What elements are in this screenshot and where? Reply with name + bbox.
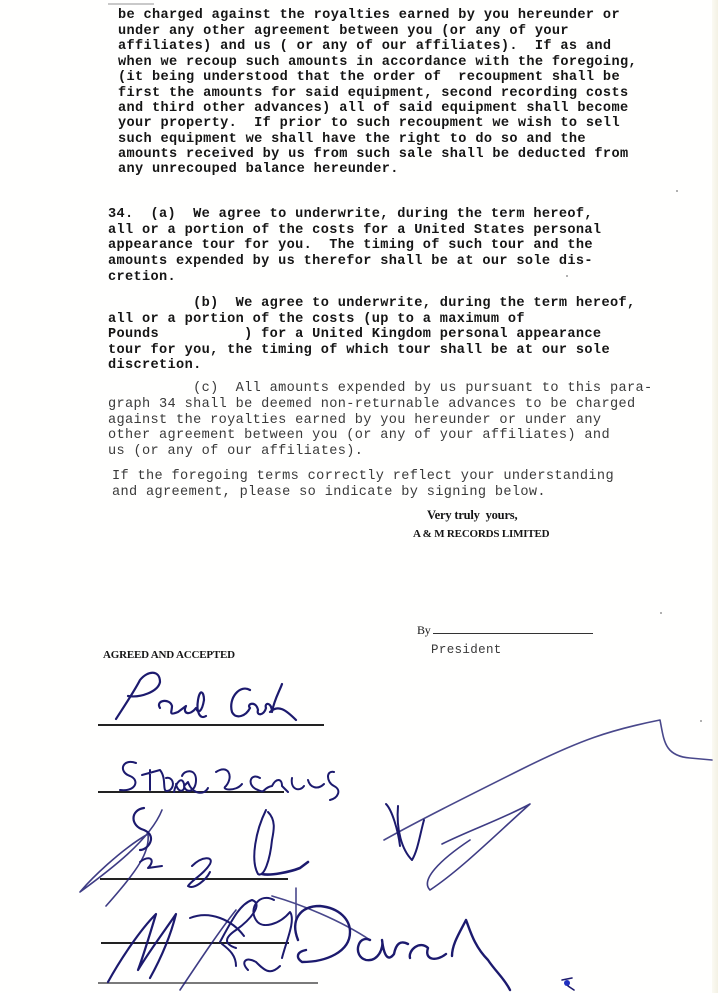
valediction: Very truly yours,: [427, 508, 517, 523]
scan-speck: [660, 612, 662, 614]
text-line: when we recoup such amounts in accordanc…: [118, 55, 637, 71]
text-line: us (or any of our affiliates).: [108, 444, 363, 460]
text-line: your property. If prior to such recoupme…: [118, 116, 620, 132]
by-title: President: [431, 643, 502, 659]
by-signature-line: [433, 633, 593, 634]
text-line: If the foregoing terms correctly reflect…: [112, 469, 614, 485]
text-line: graph 34 shall be deemed non-returnable …: [108, 397, 635, 413]
signature-line-4: [101, 942, 289, 944]
signature-stephen-jones: [120, 762, 338, 800]
text-line: and agreement, please so indicate by sig…: [112, 485, 546, 501]
text-line: under any other agreement between you (o…: [118, 24, 569, 40]
text-line: (b) We agree to underwrite, during the t…: [108, 296, 635, 312]
signature-paul-cook: [116, 673, 296, 720]
signature-line-3: [100, 878, 288, 880]
signature-line-2: [98, 791, 284, 793]
text-line: be charged against the royalties earned …: [118, 8, 620, 24]
text-line: affiliates) and us ( or any of our affil…: [118, 39, 611, 55]
signature-line-1: [98, 724, 324, 726]
signature-line-5: [98, 982, 318, 984]
scan-speck: [700, 720, 702, 722]
text-line: first the amounts for said equipment, se…: [118, 86, 628, 102]
text-line: against the royalties earned by you here…: [108, 413, 601, 429]
text-line: any unrecouped balance hereunder.: [118, 162, 399, 178]
text-line: 34. (a) We agree to underwrite, during t…: [108, 207, 593, 223]
text-line: tour for you, the timing of which tour s…: [108, 343, 610, 359]
text-line: such equipment we shall have the right t…: [118, 132, 586, 148]
agreed-accepted-label: AGREED AND ACCEPTED: [103, 649, 235, 661]
scan-speck: [566, 275, 568, 277]
text-line: (it being understood that the order of r…: [118, 70, 620, 86]
text-line: Pounds ) for a United Kingdom personal a…: [108, 327, 601, 343]
text-line: appearance tour for you. The timing of s…: [108, 238, 593, 254]
scan-speck: [676, 190, 678, 192]
text-line: (c) All amounts expended by us pursuant …: [108, 381, 652, 397]
by-label: By: [417, 623, 431, 638]
company-name: A & M RECORDS LIMITED: [413, 528, 549, 540]
signature-4: [108, 888, 574, 990]
text-line: amounts expended by us therefor shall be…: [108, 254, 593, 270]
text-line: other agreement between you (or any of y…: [108, 428, 610, 444]
text-line: all or a portion of the costs (up to a m…: [108, 312, 525, 328]
text-line: amounts received by us from such sale sh…: [118, 147, 628, 163]
paper-edge: [712, 0, 718, 993]
text-line: all or a portion of the costs for a Unit…: [108, 223, 601, 239]
document-page: be charged against the royalties earned …: [0, 0, 718, 993]
scan-artifact: [108, 3, 154, 5]
text-line: and third other advances) all of said eq…: [118, 101, 628, 117]
text-line: cretion.: [108, 270, 176, 286]
text-line: discretion.: [108, 358, 202, 374]
